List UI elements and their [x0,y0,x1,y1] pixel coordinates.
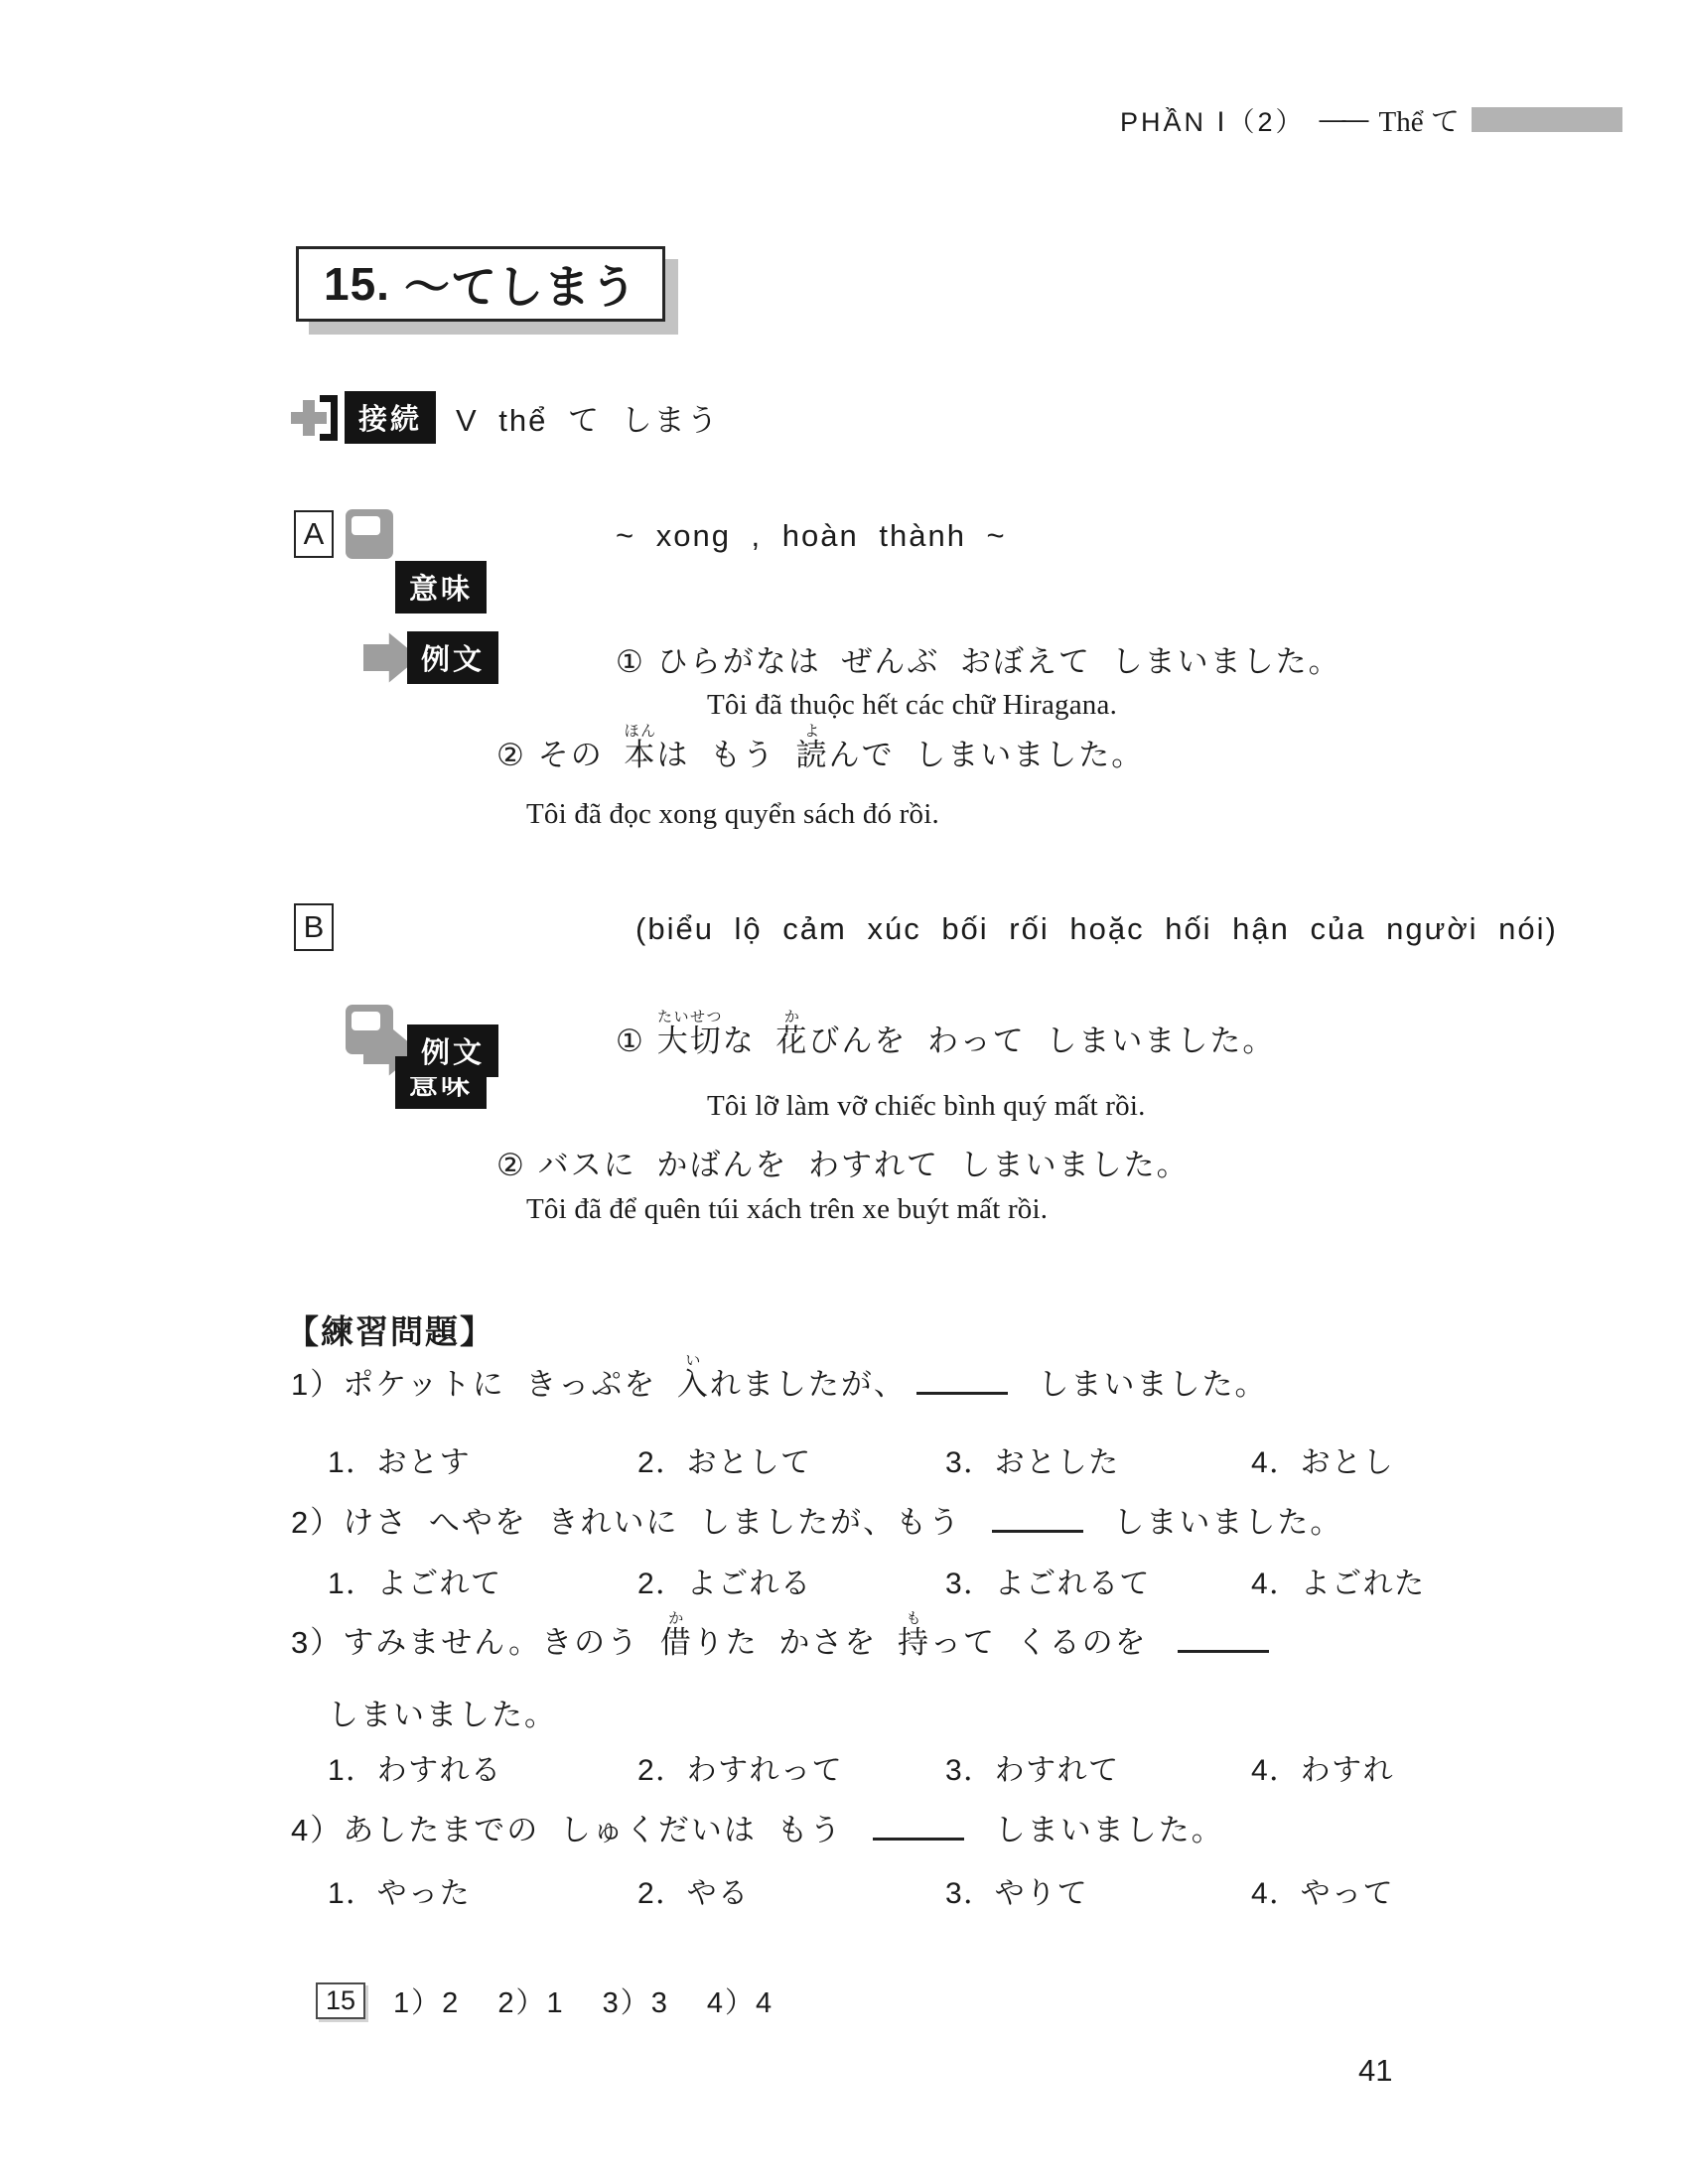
example-sentence: ②バスに かばんを わすれて しまいました。 [496,1140,1190,1184]
header-form-label: Thể て [1379,99,1460,140]
reibun-a-label: 例文 [407,631,498,684]
choice-item: 2．やる [637,1868,945,1912]
plus-icon [291,400,327,436]
example-number: ② [496,1148,526,1182]
practice-heading: 【練習問題】 [286,1306,494,1353]
section-a-letter-box: A [294,510,334,558]
header-dash: —— [1320,104,1365,135]
question-line: 4）あしたまでの しゅくだいは もう しまいました。 [291,1805,1224,1849]
choice-item: 2．よごれる [637,1559,945,1602]
setsuzoku-text: V thể て しまう [456,395,720,440]
choice-item: 3．わすれて [945,1745,1251,1789]
choice-item: 2．おとして [637,1437,945,1481]
fill-in-blank [992,1507,1083,1533]
choice-item: 4．やって [1251,1868,1394,1912]
choice-item: 3．おとした [945,1437,1251,1481]
answer-row: 15 1）2 2）1 3）3 4）4 [316,1980,774,2021]
setsuzoku-row: 接続 V thể て しまう [291,391,720,444]
example-text: その 本ほんは もう 読よんで しまいました。 [538,738,1144,772]
choice-item: 1．よごれて [328,1559,637,1602]
choices-row: 1．やった 2．やる 3．やりて 4．やって [328,1868,1394,1912]
setsuzoku-label: 接続 [345,391,436,444]
section-b-meaning: (biểu lộ cảm xúc bối rối hoặc hối hận củ… [635,911,1558,947]
answer-item: 3）3 [603,1980,669,2021]
example-number: ① [616,644,645,679]
choices-row: 1．おとす 2．おとして 3．おとした 4．おとし [328,1437,1394,1481]
fill-in-blank [1178,1627,1269,1653]
lesson-pattern: 〜てしまう [404,251,637,317]
example-text: 大切たいせつな 花かびんを わって しまいました。 [657,1024,1276,1058]
example-number: ① [616,1024,645,1058]
question-line: 1）ポケットに きっぷを 入いれましたが、 しまいました。 [291,1352,1268,1404]
section-b-letter-box: B [294,903,334,951]
choices-row: 1．よごれて 2．よごれる 3．よごれるて 4．よごれた [328,1559,1426,1602]
example-number: ② [496,738,526,772]
reibun-b-label: 例文 [407,1024,498,1077]
example-text: ひらがなは ぜんぶ おぼえて しまいました。 [657,644,1341,679]
header-bar [1472,107,1622,132]
choice-item: 4．わすれ [1251,1745,1394,1789]
example-text: バスに かばんを わすれて しまいました。 [538,1148,1190,1182]
example-sentence: ①大切たいせつな 花かびんを わって しまいました。 [616,1009,1275,1060]
page-number: 41 [1358,2053,1392,2089]
fill-in-blank [916,1369,1008,1395]
fill-in-blank [873,1815,964,1841]
choice-item: 1．おとす [328,1437,637,1481]
lesson-number: 15. [324,257,390,311]
choice-item: 4．よごれた [1251,1559,1426,1602]
header-part-label: PHẦN Ⅰ（2） [1120,100,1306,139]
question-continuation: しまいました。 [328,1690,557,1734]
example-translation: Tôi đã đọc xong quyển sách đó rồi. [526,798,939,831]
section-a-imi-label: 意味 [395,561,487,614]
answer-items: 1）2 2）1 3）3 4）4 [393,1980,774,2021]
example-sentence: ①ひらがなは ぜんぶ おぼえて しまいました。 [616,636,1341,681]
section-b-letter: B [304,909,325,945]
book-icon [346,509,393,559]
question-line: 2）けさ へやを きれいに しましたが、もう しまいました。 [291,1497,1342,1542]
textbook-page: PHẦN Ⅰ（2） —— Thể て 15. 〜てしまう 接続 V thể て … [0,0,1688,2184]
choice-item: 4．おとし [1251,1437,1394,1481]
choice-item: 3．よごれるて [945,1559,1251,1602]
choice-item: 2．わすれって [637,1745,945,1789]
choice-item: 1．わすれる [328,1745,637,1789]
choices-row: 1．わすれる 2．わすれって 3．わすれて 4．わすれ [328,1745,1394,1789]
reibun-a-row: 例文 [363,631,498,684]
lesson-title-box: 15. 〜てしまう [296,246,665,322]
section-a-meaning: ~ xong , hoàn thành ~ [616,518,1007,554]
reibun-b-row: 例文 [363,1024,498,1077]
example-translation: Tôi đã thuộc hết các chữ Hiragana. [707,689,1117,722]
answer-number-box: 15 [316,1982,365,2019]
choice-item: 1．やった [328,1868,637,1912]
answer-item: 4）4 [707,1980,774,2021]
answer-item: 1）2 [393,1980,460,2021]
section-a-letter: A [304,516,325,552]
question-line: 3）すみません。きのう 借かりた かさを 持もって くるのを [291,1610,1279,1662]
choice-item: 3．やりて [945,1868,1251,1912]
answer-item: 2）1 [497,1980,564,2021]
example-sentence: ②その 本ほんは もう 読よんで しまいました。 [496,723,1144,774]
page-header: PHẦN Ⅰ（2） —— Thể て [1120,99,1622,140]
example-translation: Tôi đã để quên túi xách trên xe buýt mất… [526,1193,1048,1226]
example-translation: Tôi lỡ làm vỡ chiếc bình quý mất rồi. [707,1090,1146,1123]
